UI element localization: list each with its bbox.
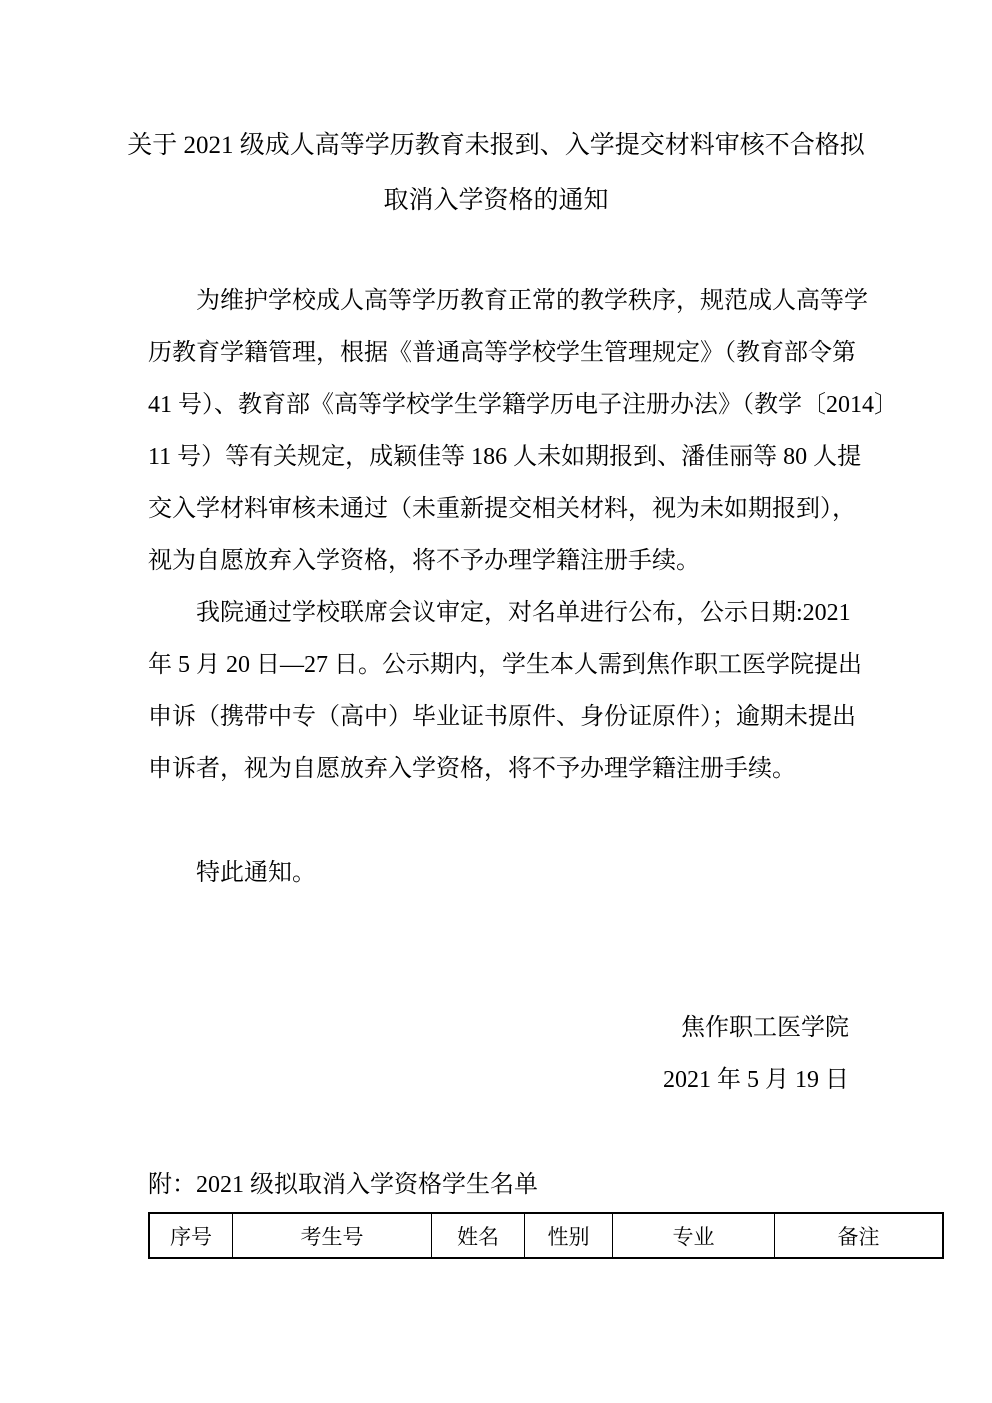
paragraph-line: 年 5 月 20 日—27 日。公示期内，学生本人需到焦作职工医学院提出: [148, 639, 853, 691]
notice-title-line-1: 关于 2021 级成人高等学历教育未报到、入学提交材料审核不合格拟: [0, 118, 992, 173]
issuer-name: 焦作职工医学院: [0, 1002, 849, 1054]
notice-paragraph-2: 我院通过学校联席会议审定，对名单进行公布，公示日期:2021 年 5 月 20 …: [148, 587, 853, 795]
column-header-seq: 序号: [149, 1213, 233, 1258]
notice-title-line-2: 取消入学资格的通知: [0, 173, 992, 228]
column-header-major: 专业: [613, 1213, 775, 1258]
roster-header-row: 序号 考生号 姓名 性别 专业 备注: [149, 1213, 943, 1258]
attachment-heading: 附：2021 级拟取消入学资格学生名单: [0, 1159, 992, 1211]
paragraph-line: 视为自愿放弃入学资格，将不予办理学籍注册手续。: [148, 535, 853, 587]
paragraph-line: 历教育学籍管理，根据《普通高等学校学生管理规定》（教育部令第: [148, 327, 853, 379]
paragraph-line: 申诉者，视为自愿放弃入学资格，将不予办理学籍注册手续。: [148, 743, 853, 795]
paragraph-line: 我院通过学校联席会议审定，对名单进行公布，公示日期:2021: [148, 587, 853, 639]
column-header-name: 姓名: [432, 1213, 525, 1258]
column-header-remarks: 备注: [775, 1213, 944, 1258]
paragraph-line: 申诉（携带中专（高中）毕业证书原件、身份证原件）；逾期未提出: [148, 691, 853, 743]
signature-block: 焦作职工医学院 2021 年 5 月 19 日: [0, 1002, 992, 1106]
column-header-gender: 性别: [525, 1213, 613, 1258]
notice-paragraph-1: 为维护学校成人高等学历教育正常的教学秩序，规范成人高等学 历教育学籍管理，根据《…: [148, 275, 853, 587]
column-header-exam-no: 考生号: [233, 1213, 432, 1258]
paragraph-line: 41 号）、教育部《高等学校学生学籍学历电子注册办法》（教学〔2014〕: [148, 379, 853, 431]
notice-body: 为维护学校成人高等学历教育正常的教学秩序，规范成人高等学 历教育学籍管理，根据《…: [0, 275, 992, 795]
roster-table: 序号 考生号 姓名 性别 专业 备注: [148, 1212, 944, 1259]
closing-line: 特此通知。: [0, 847, 992, 899]
paragraph-line: 交入学材料审核未通过（未重新提交相关材料，视为未如期报到），: [148, 483, 853, 535]
paragraph-line: 11 号）等有关规定，成颖佳等 186 人未如期报到、潘佳丽等 80 人提: [148, 431, 853, 483]
paragraph-line: 为维护学校成人高等学历教育正常的教学秩序，规范成人高等学: [148, 275, 853, 327]
document-page: 关于 2021 级成人高等学历教育未报到、入学提交材料审核不合格拟 取消入学资格…: [0, 0, 992, 1403]
notice-title: 关于 2021 级成人高等学历教育未报到、入学提交材料审核不合格拟 取消入学资格…: [0, 118, 992, 228]
issue-date: 2021 年 5 月 19 日: [0, 1054, 849, 1106]
